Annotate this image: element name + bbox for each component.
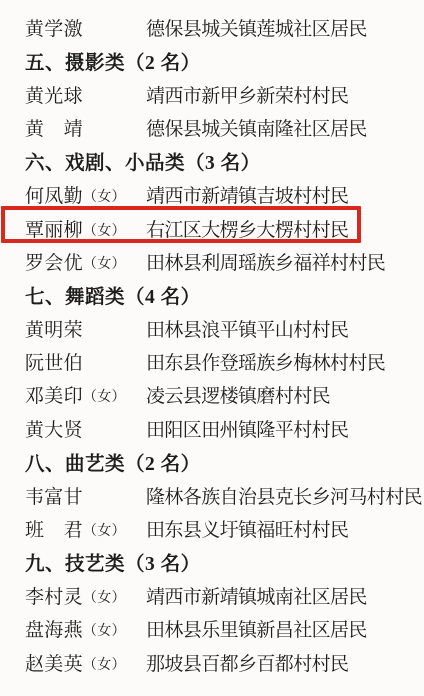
section-header-row: 七、舞蹈类（4 名） bbox=[25, 278, 424, 311]
person-name: 韦富甘 bbox=[25, 487, 83, 508]
person-row: 罗会优（女） 田林县利周瑶族乡福祥村村民 bbox=[25, 245, 424, 278]
person-name-cell: 覃丽柳（女） bbox=[25, 215, 146, 242]
person-name: 阮世伯 bbox=[25, 353, 83, 374]
person-row: 邓美印（女） 凌云县逻楼镇磨村村民 bbox=[25, 378, 424, 411]
residence-label: 靖西市新靖镇城南社区居民 bbox=[146, 582, 367, 609]
person-name: 李村灵 bbox=[25, 587, 83, 608]
person-name: 覃丽柳 bbox=[25, 220, 83, 241]
person-name-cell: 黄大贤 bbox=[25, 415, 146, 442]
person-name-cell: 班 君（女） bbox=[25, 515, 146, 542]
residence-label: 田东县作登瑶族乡梅林村村民 bbox=[146, 348, 385, 375]
section-title: 五、摄影类（2 名） bbox=[25, 47, 201, 75]
person-name-cell: 黄 靖 bbox=[25, 114, 146, 141]
person-name: 邓美印 bbox=[25, 386, 83, 407]
person-name-cell: 李村灵（女） bbox=[25, 582, 146, 609]
residence-label: 田林县乐里镇新昌社区居民 bbox=[146, 615, 367, 642]
section-title: 八、曲艺类（2 名） bbox=[25, 448, 201, 476]
person-name: 黄明荣 bbox=[25, 320, 83, 341]
residence-label: 右江区大楞乡大楞村村民 bbox=[146, 215, 348, 242]
person-row: 黄光球 靖西市新甲乡新荣村村民 bbox=[25, 78, 424, 111]
person-name-cell: 盘海燕（女） bbox=[25, 615, 146, 642]
person-name: 盘海燕 bbox=[25, 620, 83, 641]
section-title: 七、舞蹈类（4 名） bbox=[25, 281, 201, 309]
person-row: 黄学激 德保县城关镇莲城社区居民 bbox=[25, 11, 424, 44]
person-name-cell: 赵美英（女） bbox=[25, 649, 146, 676]
person-name-cell: 邓美印（女） bbox=[25, 381, 146, 408]
section-header-row: 八、曲艺类（2 名） bbox=[25, 445, 424, 478]
person-name: 黄学激 bbox=[25, 19, 83, 40]
person-name-cell: 黄明荣 bbox=[25, 315, 146, 342]
document-page: 黄学激 德保县城关镇莲城社区居民 五、摄影类（2 名） 黄光球 靖西市新甲乡新荣… bbox=[25, 11, 424, 679]
person-row: 黄明荣 田林县浪平镇平山村村民 bbox=[25, 312, 424, 345]
residence-label: 凌云县逻楼镇磨村村民 bbox=[146, 381, 330, 408]
person-row: 李村灵（女） 靖西市新靖镇城南社区居民 bbox=[25, 579, 424, 612]
residence-label: 田林县浪平镇平山村村民 bbox=[146, 315, 348, 342]
gender-label: （女） bbox=[83, 190, 126, 205]
residence-label: 德保县城关镇莲城社区居民 bbox=[146, 14, 367, 41]
person-name-cell: 黄学激 bbox=[25, 14, 146, 41]
person-name: 黄 靖 bbox=[25, 119, 83, 140]
person-row: 盘海燕（女） 田林县乐里镇新昌社区居民 bbox=[25, 612, 424, 645]
person-row: 阮世伯 田东县作登瑶族乡梅林村村民 bbox=[25, 345, 424, 378]
gender-label: （女） bbox=[83, 390, 126, 405]
gender-label: （女） bbox=[83, 257, 126, 272]
section-header-row: 九、技艺类（3 名） bbox=[25, 545, 424, 578]
section-header-row: 六、戏剧、小品类（3 名） bbox=[25, 145, 424, 178]
residence-label: 田阳区田州镇隆平村村民 bbox=[146, 415, 348, 442]
person-row: 班 君（女） 田东县义圩镇福旺村村民 bbox=[25, 512, 424, 545]
residence-label: 田东县义圩镇福旺村村民 bbox=[146, 515, 348, 542]
person-name: 黄大贤 bbox=[25, 420, 83, 441]
person-row: 何凤勤（女） 靖西市新靖镇吉坡村村民 bbox=[25, 178, 424, 211]
person-name: 罗会优 bbox=[25, 253, 83, 274]
residence-label: 靖西市新靖镇吉坡村村民 bbox=[146, 181, 348, 208]
gender-label: （女） bbox=[83, 224, 126, 239]
person-row: 黄 靖 德保县城关镇南隆社区居民 bbox=[25, 111, 424, 144]
residence-label: 田林县利周瑶族乡福祥村村民 bbox=[146, 248, 385, 275]
person-name-cell: 罗会优（女） bbox=[25, 248, 146, 275]
residence-label: 那坡县百都乡百都村村民 bbox=[146, 649, 348, 676]
person-name-cell: 黄光球 bbox=[25, 81, 146, 108]
person-name-cell: 阮世伯 bbox=[25, 348, 146, 375]
person-row: 赵美英（女） 那坡县百都乡百都村村民 bbox=[25, 645, 424, 678]
gender-label: （女） bbox=[83, 591, 126, 606]
person-name: 何凤勤 bbox=[25, 186, 83, 207]
person-name-cell: 何凤勤（女） bbox=[25, 181, 146, 208]
section-title: 九、技艺类（3 名） bbox=[25, 548, 201, 576]
section-title: 六、戏剧、小品类（3 名） bbox=[25, 147, 261, 175]
person-name: 黄光球 bbox=[25, 86, 83, 107]
gender-label: （女） bbox=[83, 658, 126, 673]
section-header-row: 五、摄影类（2 名） bbox=[25, 44, 424, 77]
residence-label: 靖西市新甲乡新荣村村民 bbox=[146, 81, 348, 108]
residence-label: 德保县城关镇南隆社区居民 bbox=[146, 114, 367, 141]
person-row-highlighted: 覃丽柳（女） 右江区大楞乡大楞村村民 bbox=[25, 211, 424, 244]
person-row: 黄大贤 田阳区田州镇隆平村村民 bbox=[25, 412, 424, 445]
person-name: 班 君 bbox=[25, 520, 83, 541]
residence-label: 隆林各族自治县克长乡河马村村民 bbox=[146, 482, 422, 509]
person-name: 赵美英 bbox=[25, 654, 83, 675]
gender-label: （女） bbox=[83, 524, 126, 539]
person-row: 韦富甘 隆林各族自治县克长乡河马村村民 bbox=[25, 478, 424, 511]
gender-label: （女） bbox=[83, 624, 126, 639]
person-name-cell: 韦富甘 bbox=[25, 482, 146, 509]
